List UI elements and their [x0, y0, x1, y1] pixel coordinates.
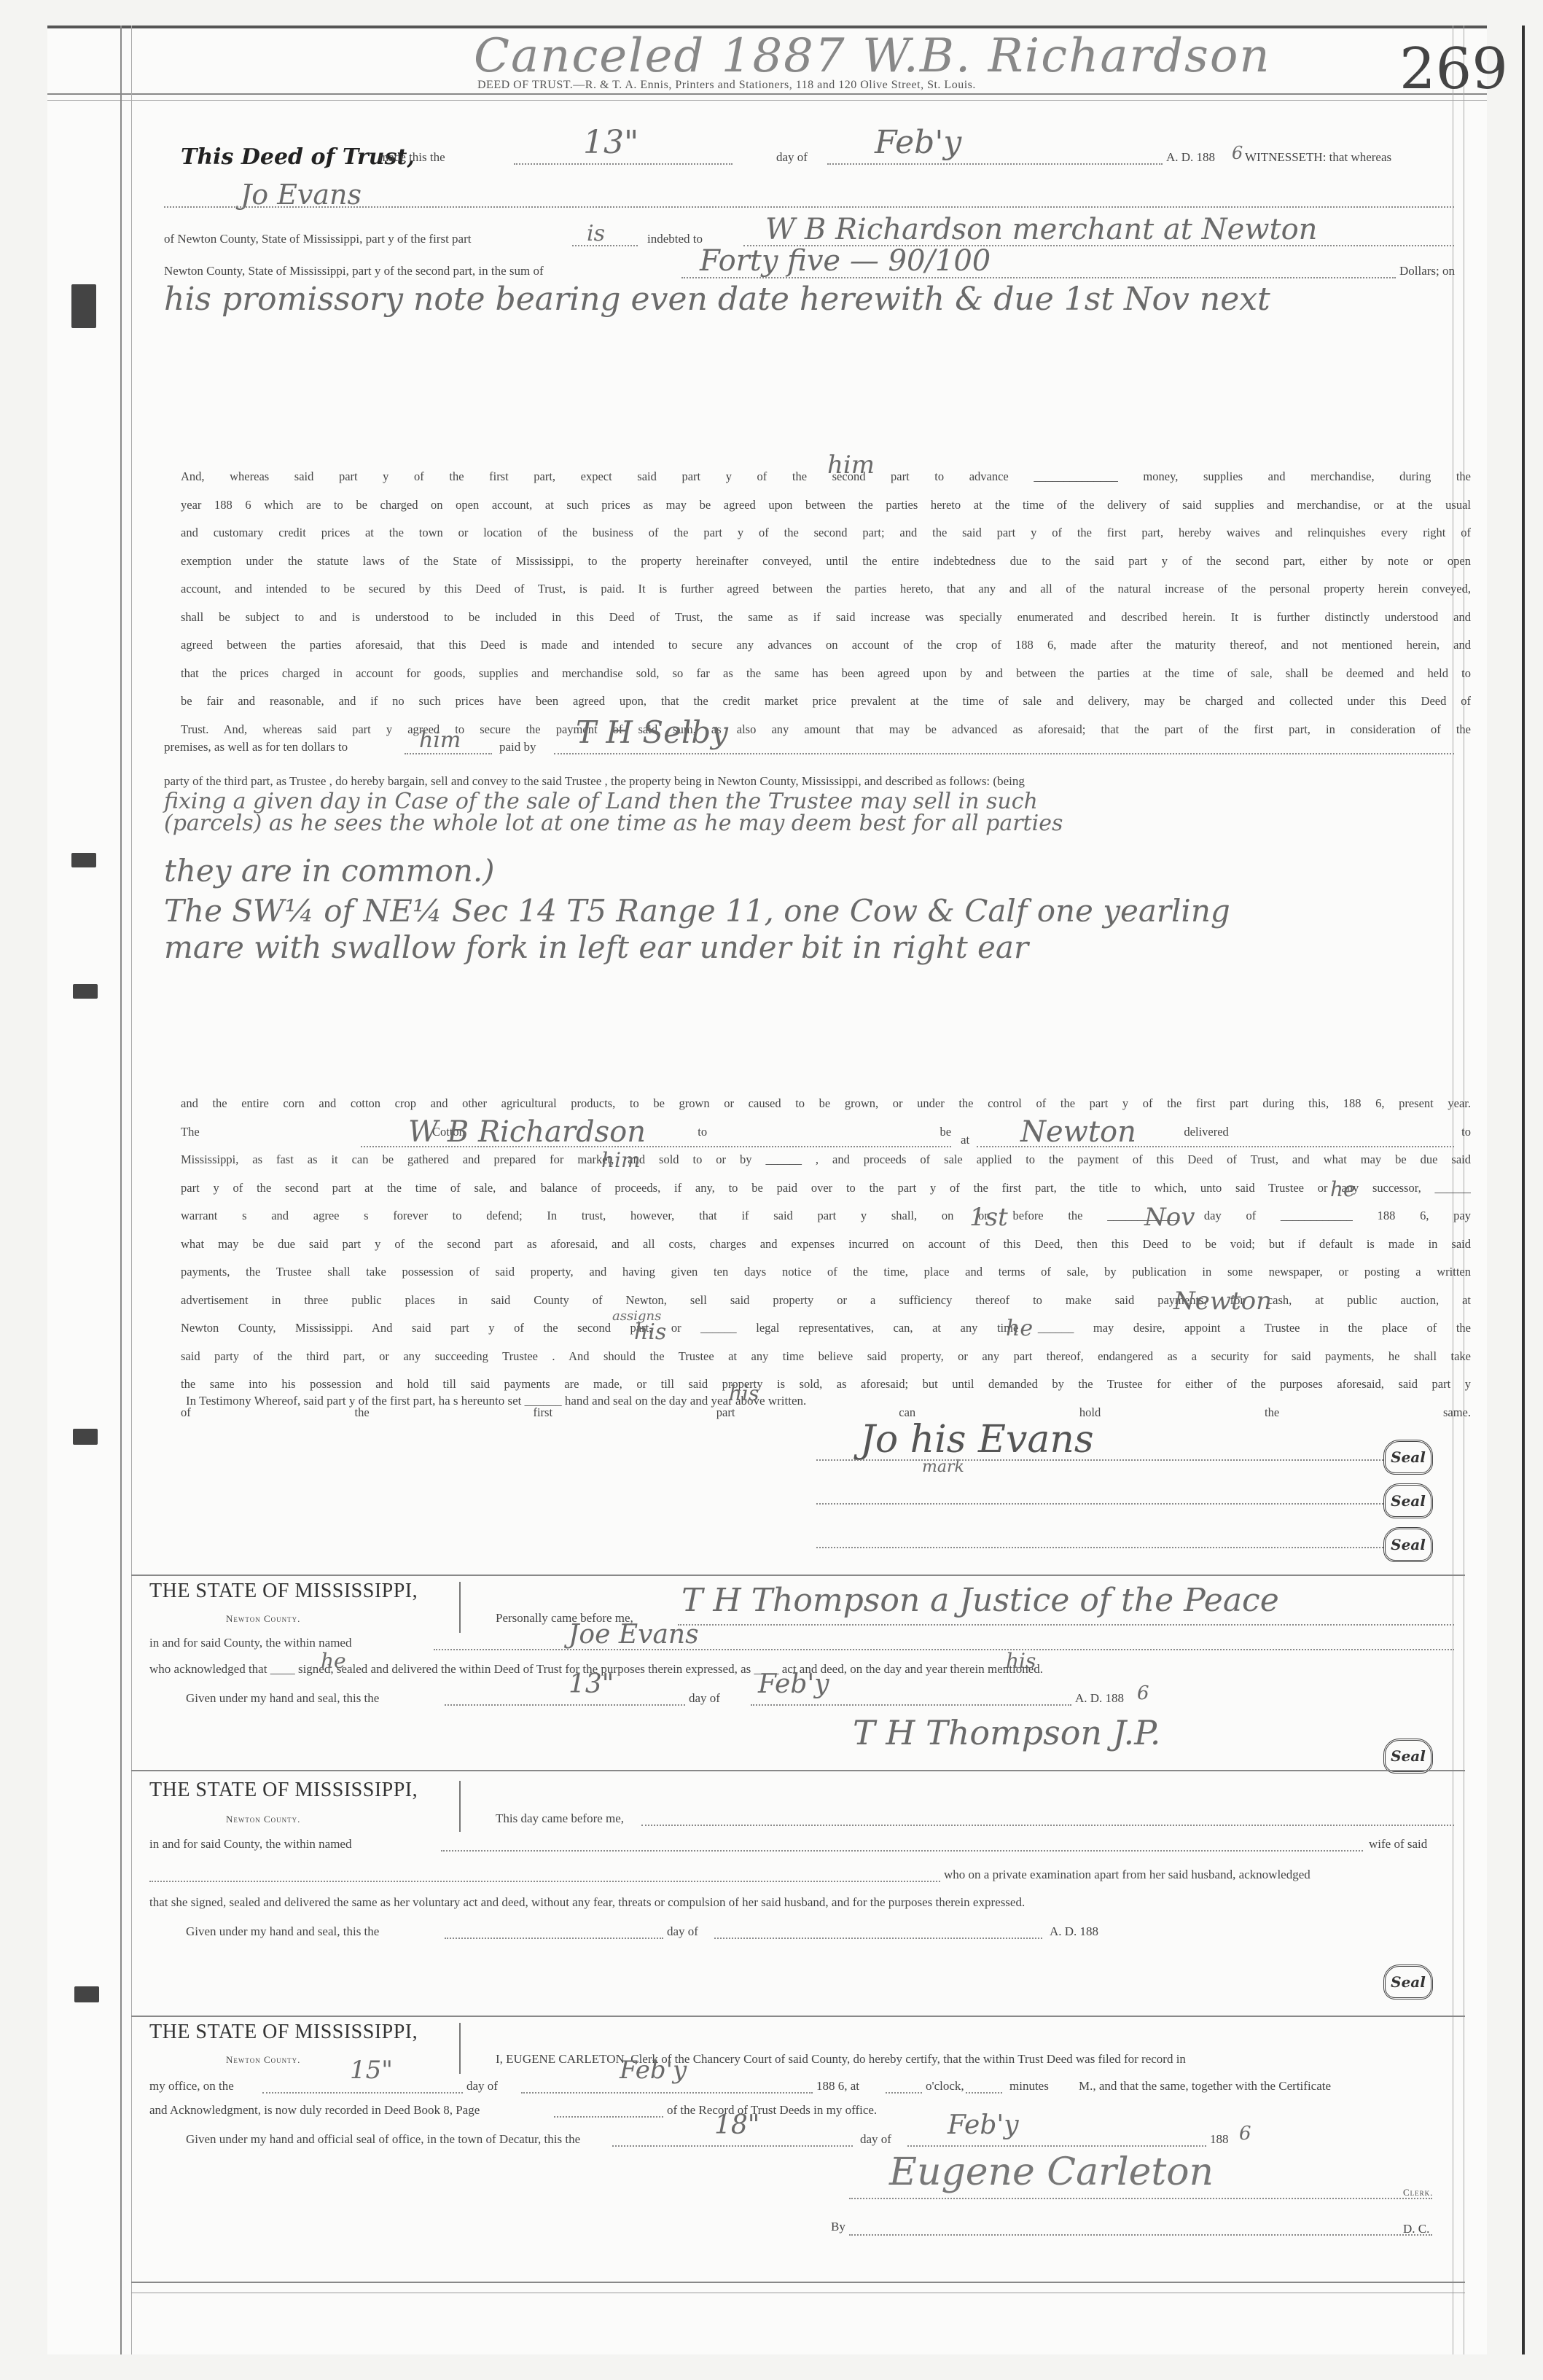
his-value[interactable]: his	[1006, 1649, 1036, 1673]
given-month-value[interactable]: Feb'y	[948, 2110, 1019, 2140]
paragraph-line: exemption under the statute laws of the …	[181, 547, 1471, 576]
label-minutes: minutes	[1009, 2079, 1049, 2094]
day-field-line	[514, 163, 733, 165]
page-number: 269	[1399, 36, 1508, 102]
label-ad: A. D. 188	[1050, 1924, 1098, 1939]
is-field-line	[572, 245, 638, 246]
paragraph-line: be fair and reasonable, and if no such p…	[181, 687, 1471, 716]
label-m-line: M., and that the same, together with the…	[1079, 2079, 1331, 2094]
label-witnesseth: WITNESSETH: that whereas	[1245, 150, 1391, 165]
premises-to-line	[405, 753, 492, 754]
right-edge	[1522, 26, 1525, 2354]
grantor-line	[164, 206, 1454, 208]
pay-month-value[interactable]: Nov	[1144, 1203, 1195, 1232]
paragraph-line: advertisement in three public places in …	[181, 1287, 1471, 1315]
within-named-value[interactable]: Joe Evans	[569, 1620, 699, 1650]
paragraph-line: Trust. And, whereas said part y agreed t…	[181, 716, 1471, 744]
testimony-line: In Testimony Whereof, said part y of the…	[186, 1394, 806, 1408]
this-day-line	[641, 1825, 1454, 1826]
recorded-line: and Acknowledgment, is now duly recorded…	[149, 2103, 480, 2118]
paragraph-line: that the prices charged in account for g…	[181, 660, 1471, 688]
given-day-value[interactable]: 18"	[714, 2110, 759, 2140]
ad-year-value[interactable]: 6	[1137, 1682, 1149, 1704]
brace	[459, 2023, 461, 2074]
filed-day-line	[262, 2092, 463, 2094]
label-indebted-to: indebted to	[647, 232, 703, 246]
given-year-value[interactable]: 6	[1239, 2123, 1251, 2145]
label-this-day: This day came before me,	[496, 1811, 624, 1826]
filed-month-line	[521, 2092, 813, 2094]
seal-icon: Seal	[1383, 1965, 1433, 1999]
paragraph-line: The Cotton to be delivered to	[181, 1118, 1471, 1147]
county-line-1: of Newton County, State of Mississippi, …	[164, 232, 472, 246]
label-within-named: in and for said County, the within named	[149, 1636, 351, 1650]
premises-line: premises, as well as for ten dollars to	[164, 740, 348, 754]
paragraph-line: year 188 6 which are to be charged on op…	[181, 491, 1471, 520]
label-my-office: my office, on the	[149, 2079, 234, 2094]
section-divider	[131, 1770, 1465, 1771]
bottom-rule	[131, 2282, 1465, 2283]
state-heading: THE STATE OF MISSISSIPPI,	[149, 1580, 418, 1603]
signature-line-3	[816, 1547, 1392, 1548]
given-day-value[interactable]: 13"	[569, 1669, 614, 1699]
county-label: Newton County.	[226, 1613, 300, 1625]
label-made-this: made this the	[379, 150, 445, 165]
premises-to-value[interactable]: him	[419, 727, 461, 753]
successor-value[interactable]: he	[1330, 1177, 1356, 1201]
auction-at-value[interactable]: Newton	[1173, 1287, 1272, 1316]
seal-icon: Seal	[1383, 1527, 1433, 1562]
third-part-line: party of the third part, as Trustee , do…	[164, 774, 1458, 789]
label-day-of: day of	[776, 150, 808, 165]
binding-tab	[71, 853, 96, 867]
officer-value[interactable]: T H Thompson a Justice of the Peace	[681, 1582, 1279, 1619]
label-within-named: in and for said County, the within named	[149, 1837, 351, 1852]
label-oclock: o'clock,	[926, 2079, 964, 2094]
month-field-line	[827, 163, 1163, 165]
printer-line: DEED OF TRUST.—R. & T. A. Ennis, Printer…	[477, 79, 976, 92]
paragraph-line: said party of the third part, or any suc…	[181, 1343, 1471, 1371]
section-divider	[131, 2016, 1465, 2017]
binding-tab	[71, 284, 96, 328]
he-value[interactable]: he	[321, 1649, 346, 1673]
bottom-rule-2	[131, 2293, 1465, 2293]
sold-by-value[interactable]: him	[601, 1148, 641, 1172]
sum-value[interactable]: Forty five — 90/100	[700, 244, 991, 278]
brace	[459, 1582, 461, 1633]
binding-tab	[73, 1429, 98, 1445]
given-day-line	[445, 1704, 685, 1706]
label-paid-by: paid by	[499, 740, 536, 754]
given-month-line	[751, 1704, 1071, 1706]
left-margin-line-2	[131, 26, 132, 2354]
paid-by-line	[554, 753, 1454, 754]
paid-by-value[interactable]: T H Selby	[576, 714, 728, 750]
label-by: By	[831, 2220, 845, 2234]
label-day-of: day of	[466, 2079, 498, 2094]
officer-line	[678, 1624, 1454, 1626]
label-wife-of-said: wife of said	[1369, 1837, 1427, 1852]
paragraph-line: warrant s and agree s forever to defend;…	[181, 1202, 1471, 1230]
property-line[interactable]: they are in common.)	[164, 853, 495, 889]
label-cotton-at: at	[961, 1133, 969, 1147]
clerk-signature[interactable]: Eugene Carleton	[889, 2150, 1214, 2194]
filed-month-value[interactable]: Feb'y	[620, 2056, 687, 2085]
label-day-of: day of	[860, 2132, 891, 2147]
pay-day-value[interactable]: 1st	[969, 1203, 1008, 1232]
legal-rep-value[interactable]: his	[634, 1319, 666, 1345]
paragraph-line: account, and intended to be secured by t…	[181, 575, 1471, 604]
label-day-of: day of	[667, 1924, 698, 1939]
label-clerk: Clerk.	[1403, 2187, 1433, 2198]
label-given: Given under my hand and seal, this the	[186, 1691, 379, 1706]
year-value[interactable]: 6	[1232, 143, 1243, 163]
deputy-line	[849, 2234, 1432, 2236]
signature-line-1	[816, 1459, 1392, 1461]
paragraph-line: and the entire corn and cotton crop and …	[181, 1090, 1471, 1118]
paragraph-line: what may be due said part y of the secon…	[181, 1230, 1471, 1259]
crop-paragraph: and the entire corn and cotton crop and …	[181, 1090, 1471, 1427]
left-margin-line	[120, 26, 122, 2354]
section-divider	[131, 1575, 1465, 1576]
day-value[interactable]: 13"	[583, 124, 638, 161]
top-border	[47, 26, 1487, 28]
paragraph-line: part y of the second part at the time of…	[181, 1174, 1471, 1203]
paragraph-line: and customary credit prices at the town …	[181, 519, 1471, 547]
binding-tab	[74, 1986, 99, 2002]
certify-line: I, EUGENE CARLETON, Clerk of the Chancer…	[496, 2052, 1186, 2067]
seal-icon: Seal	[1383, 1483, 1433, 1518]
note-text[interactable]: his promissory note bearing even date he…	[164, 281, 1270, 318]
given-month-value[interactable]: Feb'y	[758, 1669, 829, 1699]
paragraph-line: And, whereas said part y of the first pa…	[181, 463, 1471, 491]
voluntary-line: that she signed, sealed and delivered th…	[149, 1895, 1025, 1910]
paragraph-line: agreed between the parties aforesaid, th…	[181, 631, 1471, 660]
label-given-official: Given under my hand and official seal of…	[186, 2132, 580, 2147]
label-given-year: 188	[1210, 2132, 1229, 2147]
paragraph-line: Mississippi, as fast as it can be gather…	[181, 1146, 1471, 1174]
advance-value[interactable]: him	[827, 450, 875, 480]
paragraph-line: Newton County, Mississippi. And said par…	[181, 1314, 1471, 1343]
husband-line	[149, 1881, 940, 1882]
label-ad-year: A. D. 188	[1166, 150, 1215, 165]
clerk-signature-line	[849, 2198, 1432, 2199]
officer-signature[interactable]: T H Thompson J.P.	[853, 1713, 1160, 1752]
month-value[interactable]: Feb'y	[875, 124, 961, 161]
label-dc: D. C.	[1403, 2222, 1429, 2236]
within-named-line	[441, 1850, 1363, 1852]
county-label: Newton County.	[226, 1814, 300, 1825]
is-value[interactable]: is	[587, 221, 605, 246]
property-line[interactable]: (parcels) as he sees the whole lot at on…	[164, 811, 1063, 836]
creditor-value[interactable]: W B Richardson merchant at Newton	[765, 213, 1317, 246]
label-year-at: 188 6, at	[816, 2079, 859, 2094]
property-line[interactable]: mare with swallow fork in left ear under…	[164, 929, 1028, 965]
label-private-exam: who on a private examination apart from …	[944, 1868, 1310, 1882]
label-given: Given under my hand and seal, this the	[186, 1924, 379, 1939]
cotton-at-value[interactable]: Newton	[1020, 1115, 1136, 1149]
property-line[interactable]: The SW¼ of NE¼ Sec 14 T5 Range 11, one C…	[164, 893, 1230, 929]
state-heading: THE STATE OF MISSISSIPPI,	[149, 1779, 418, 1802]
county-line-2: Newton County, State of Mississippi, par…	[164, 264, 544, 278]
cancellation-annotation: Canceled 1887 W.B. Richardson	[474, 29, 1271, 83]
state-heading: THE STATE OF MISSISSIPPI,	[149, 2021, 418, 2044]
label-day-of: day of	[689, 1691, 720, 1706]
paragraph-line: shall be subject to and is understood to…	[181, 604, 1471, 632]
label-ad: A. D. 188	[1075, 1691, 1124, 1706]
advance-paragraph: And, whereas said part y of the first pa…	[181, 463, 1471, 744]
header-rule-2	[47, 100, 1487, 101]
cotton-to-value[interactable]: W B Richardson	[408, 1115, 646, 1149]
binding-tab	[73, 984, 98, 999]
filed-day-value[interactable]: 15"	[350, 2056, 393, 2085]
header-rule	[47, 93, 1487, 95]
paragraph-line: payments, the Trustee shall take possess…	[181, 1258, 1471, 1287]
seal-icon: Seal	[1383, 1440, 1433, 1475]
given-day-line	[445, 1938, 663, 1939]
hand-value[interactable]: his	[729, 1381, 759, 1405]
seal-icon: Seal	[1383, 1739, 1433, 1774]
county-label: Newton County.	[226, 2054, 300, 2066]
brace	[459, 1781, 461, 1832]
label-dollars-on: Dollars; on	[1399, 264, 1455, 278]
signature-line-2	[816, 1503, 1392, 1505]
minutes-line	[966, 2092, 1002, 2094]
grantor-signature[interactable]: Jo his Evans	[860, 1418, 1094, 1462]
given-month-line	[907, 2145, 1206, 2147]
given-month-line	[714, 1938, 1042, 1939]
any-time-value[interactable]: he	[1006, 1316, 1033, 1341]
label-record-of: of the Record of Trust Deeds in my offic…	[667, 2103, 877, 2118]
given-day-line	[612, 2145, 853, 2147]
page-field-line	[554, 2116, 663, 2118]
oclock-line	[886, 2092, 922, 2094]
